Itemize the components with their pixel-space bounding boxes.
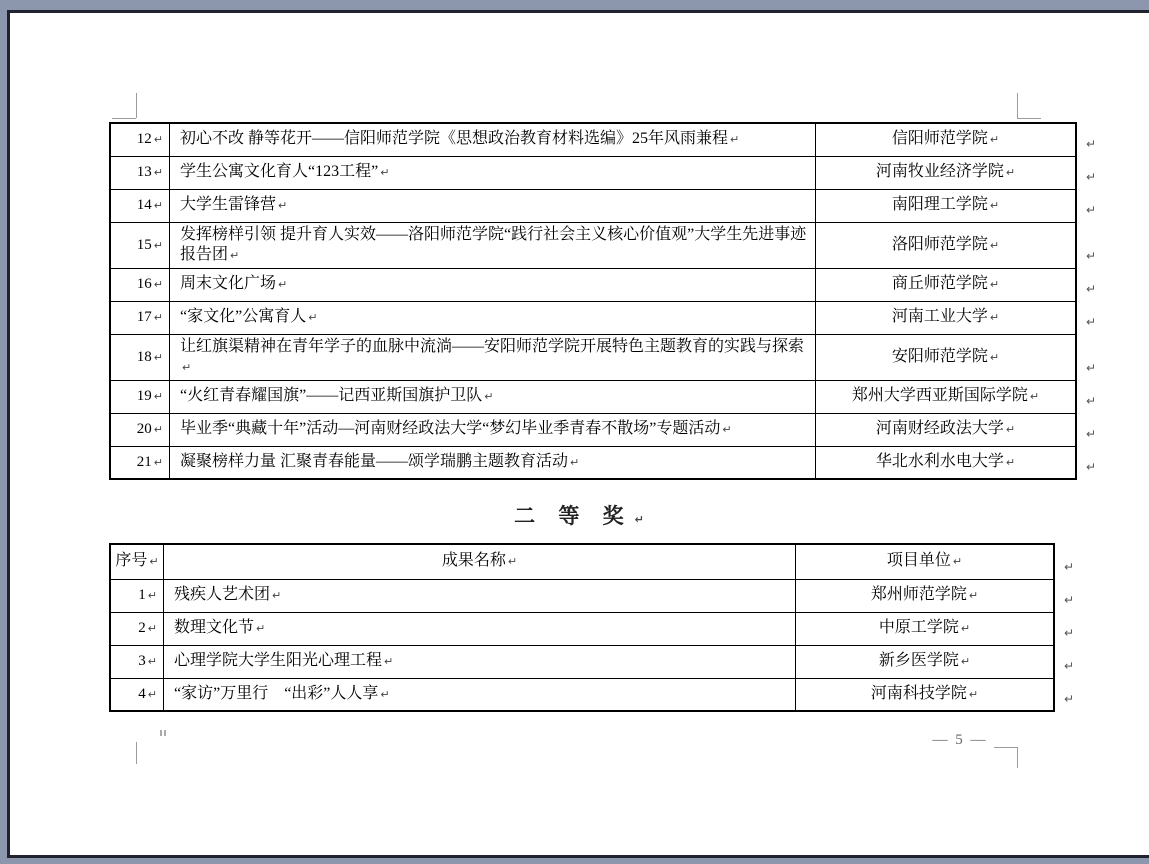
- row-end-paragraph-mark: ↵: [1064, 560, 1074, 574]
- row-number-cell-text: 1: [138, 587, 146, 603]
- paragraph-mark: ↵: [154, 351, 163, 364]
- row-number-cell: 1↵: [110, 579, 164, 612]
- paragraph-mark: ↵: [154, 278, 163, 291]
- row-number-cell: 20↵: [110, 413, 170, 446]
- row-number-cell: 16↵: [110, 268, 170, 301]
- paragraph-mark: ↵: [272, 589, 281, 602]
- award-table-second-prize: 序号↵ 成果名称↵ 项目单位↵ 1↵残疾人艺术团↵郑州师范学院↵2↵数理文化节↵…: [109, 543, 1055, 712]
- paragraph-mark: ↵: [969, 589, 978, 602]
- document-page[interactable]: 12↵初心不改 静等花开——信阳师范学院《思想政治教育材料选编》25年风雨兼程↵…: [7, 10, 1149, 858]
- row-number-cell-text: 16: [137, 276, 152, 292]
- achievement-name-cell-text: “家访”万里行 “出彩”人人享: [174, 685, 378, 702]
- paragraph-mark: ↵: [635, 513, 644, 526]
- achievement-name-cell-text: 心理学院大学生阳光心理工程: [174, 652, 382, 669]
- row-number-cell-text: 20: [137, 421, 152, 437]
- project-unit-cell: 河南财经政法大学↵: [816, 413, 1077, 446]
- achievement-name-cell-text: 毕业季“典藏十年”活动—河南财经政法大学“梦幻毕业季青春不散场”专题活动: [180, 420, 720, 437]
- paragraph-mark: ↵: [149, 555, 158, 568]
- paragraph-mark: ↵: [961, 622, 970, 635]
- row-end-paragraph-mark: ↵: [1086, 427, 1096, 441]
- paragraph-mark: ↵: [990, 278, 999, 291]
- header-unit-cell: 项目单位↵: [796, 544, 1055, 579]
- achievement-name-cell: 大学生雷锋营↵: [170, 189, 816, 222]
- project-unit-cell-text: 南阳理工学院: [892, 196, 988, 213]
- project-unit-cell: 郑州大学西亚斯国际学院↵: [816, 380, 1077, 413]
- paragraph-mark: ↵: [148, 589, 157, 602]
- row-number-cell-text: 2: [138, 620, 146, 636]
- row-number-cell: 3↵: [110, 645, 164, 678]
- achievement-name-cell: 让红旗渠精神在青年学子的血脉中流淌——安阳师范学院开展特色主题教育的实践与探索↵: [170, 334, 816, 380]
- achievement-name-cell: “家文化”公寓育人↵: [170, 301, 816, 334]
- row-end-paragraph-mark: ↵: [1086, 282, 1096, 296]
- paragraph-mark: ↵: [154, 311, 163, 324]
- paragraph-mark: ↵: [990, 133, 999, 146]
- row-number-cell-text: 3: [138, 653, 146, 669]
- row-end-paragraph-mark: ↵: [1086, 137, 1096, 151]
- paragraph-mark: ↵: [154, 133, 163, 146]
- row-number-cell: 19↵: [110, 380, 170, 413]
- paragraph-mark: ↵: [384, 655, 393, 668]
- table-row: 20↵毕业季“典藏十年”活动—河南财经政法大学“梦幻毕业季青春不散场”专题活动↵…: [110, 413, 1076, 446]
- project-unit-cell-text: 安阳师范学院: [892, 348, 988, 365]
- paragraph-mark: ↵: [1006, 423, 1015, 436]
- achievement-name-cell: 周末文化广场↵: [170, 268, 816, 301]
- paragraph-mark: ↵: [961, 655, 970, 668]
- project-unit-cell-text: 郑州大学西亚斯国际学院: [852, 387, 1028, 404]
- row-number-cell-text: 12: [137, 131, 152, 147]
- text-boundary-mark-top-right-horizontal: [1017, 118, 1041, 119]
- row-number-cell-text: 21: [137, 454, 152, 470]
- achievement-name-cell-text: 凝聚榜样力量 汇聚青春能量——颂学瑞鹏主题教育活动: [180, 453, 568, 470]
- paragraph-mark: ↵: [154, 456, 163, 469]
- paragraph-mark: ↵: [990, 239, 999, 252]
- achievement-name-cell-text: 大学生雷锋营: [180, 196, 276, 213]
- project-unit-cell-text: 河南财经政法大学: [876, 420, 1004, 437]
- achievement-name-cell-text: 发挥榜样引领 提升育人实效——洛阳师范学院“践行社会主义核心价值观”大学生先进事…: [180, 226, 806, 263]
- project-unit-cell: 华北水利水电大学↵: [816, 446, 1077, 479]
- project-unit-cell-text: 华北水利水电大学: [876, 453, 1004, 470]
- achievement-name-cell: 凝聚榜样力量 汇聚青春能量——颂学瑞鹏主题教育活动↵: [170, 446, 816, 479]
- header-number-label: 序号: [115, 552, 147, 569]
- paragraph-mark: ↵: [508, 555, 517, 568]
- table-row: 21↵凝聚榜样力量 汇聚青春能量——颂学瑞鹏主题教育活动↵华北水利水电大学↵: [110, 446, 1076, 479]
- header-number-cell: 序号↵: [110, 544, 164, 579]
- row-number-cell-text: 19: [137, 388, 152, 404]
- row-number-cell: 4↵: [110, 678, 164, 711]
- stray-formatting-mark: [160, 730, 167, 736]
- table-header-row: 序号↵ 成果名称↵ 项目单位↵: [110, 544, 1054, 579]
- project-unit-cell: 信阳师范学院↵: [816, 123, 1077, 156]
- header-unit-label: 项目单位: [887, 552, 951, 569]
- row-end-paragraph-mark: ↵: [1064, 593, 1074, 607]
- row-end-paragraph-mark: ↵: [1086, 361, 1096, 375]
- paragraph-mark: ↵: [278, 278, 287, 291]
- project-unit-cell: 河南工业大学↵: [816, 301, 1077, 334]
- table-row: 3↵心理学院大学生阳光心理工程↵新乡医学院↵: [110, 645, 1054, 678]
- project-unit-cell: 安阳师范学院↵: [816, 334, 1077, 380]
- paragraph-mark: ↵: [148, 688, 157, 701]
- paragraph-mark: ↵: [230, 249, 239, 262]
- project-unit-cell: 河南科技学院↵: [796, 678, 1055, 711]
- header-achievement-label: 成果名称: [442, 552, 506, 569]
- achievement-name-cell: “家访”万里行 “出彩”人人享↵: [164, 678, 796, 711]
- paragraph-mark: ↵: [953, 555, 962, 568]
- table-row: 19↵“火红青春耀国旗”——记西亚斯国旗护卫队↵郑州大学西亚斯国际学院↵: [110, 380, 1076, 413]
- second-prize-heading-text: 二 等 奖: [514, 504, 633, 528]
- paragraph-mark: ↵: [154, 166, 163, 179]
- row-end-paragraph-mark: ↵: [1086, 315, 1096, 329]
- project-unit-cell-text: 河南科技学院: [871, 685, 967, 702]
- achievement-name-cell-text: 残疾人艺术团: [174, 586, 270, 603]
- achievement-name-cell: 残疾人艺术团↵: [164, 579, 796, 612]
- project-unit-cell-text: 中原工学院: [879, 619, 959, 636]
- project-unit-cell: 郑州师范学院↵: [796, 579, 1055, 612]
- row-end-paragraph-mark: ↵: [1086, 170, 1096, 184]
- paragraph-mark: ↵: [154, 423, 163, 436]
- project-unit-cell: 河南牧业经济学院↵: [816, 156, 1077, 189]
- row-number-cell-text: 18: [137, 349, 152, 365]
- project-unit-cell-text: 商丘师范学院: [892, 275, 988, 292]
- achievement-name-cell: 数理文化节↵: [164, 612, 796, 645]
- paragraph-mark: ↵: [308, 311, 317, 324]
- paragraph-mark: ↵: [1006, 456, 1015, 469]
- row-number-cell: 17↵: [110, 301, 170, 334]
- table-row: 16↵周末文化广场↵商丘师范学院↵: [110, 268, 1076, 301]
- achievement-name-cell-text: “家文化”公寓育人: [180, 308, 306, 325]
- table-row: 4↵“家访”万里行 “出彩”人人享↵河南科技学院↵: [110, 678, 1054, 711]
- achievement-name-cell: 发挥榜样引领 提升育人实效——洛阳师范学院“践行社会主义核心价值观”大学生先进事…: [170, 222, 816, 268]
- header-achievement-cell: 成果名称↵: [164, 544, 796, 579]
- achievement-name-cell: 毕业季“典藏十年”活动—河南财经政法大学“梦幻毕业季青春不散场”专题活动↵: [170, 413, 816, 446]
- project-unit-cell-text: 郑州师范学院: [871, 586, 967, 603]
- paragraph-mark: ↵: [154, 239, 163, 252]
- paragraph-mark: ↵: [1006, 166, 1015, 179]
- achievement-name-cell-text: 初心不改 静等花开——信阳师范学院《思想政治教育材料选编》25年风雨兼程: [180, 130, 728, 147]
- table-row: 12↵初心不改 静等花开——信阳师范学院《思想政治教育材料选编》25年风雨兼程↵…: [110, 123, 1076, 156]
- paragraph-mark: ↵: [148, 622, 157, 635]
- row-number-cell-text: 14: [137, 197, 152, 213]
- achievement-name-cell: 初心不改 静等花开——信阳师范学院《思想政治教育材料选编》25年风雨兼程↵: [170, 123, 816, 156]
- project-unit-cell: 洛阳师范学院↵: [816, 222, 1077, 268]
- row-end-paragraph-mark: ↵: [1064, 659, 1074, 673]
- project-unit-cell: 中原工学院↵: [796, 612, 1055, 645]
- paragraph-mark: ↵: [380, 688, 389, 701]
- page-number: — 5 —: [900, 732, 1020, 749]
- achievement-name-cell: 学生公寓文化育人“123工程”↵: [170, 156, 816, 189]
- text-boundary-mark-top-left-vertical: [136, 93, 137, 118]
- paragraph-mark: ↵: [990, 311, 999, 324]
- paragraph-mark: ↵: [154, 199, 163, 212]
- row-number-cell-text: 4: [138, 686, 146, 702]
- achievement-name-cell-text: 让红旗渠精神在青年学子的血脉中流淌——安阳师范学院开展特色主题教育的实践与探索: [180, 338, 804, 355]
- table-row: 14↵大学生雷锋营↵南阳理工学院↵: [110, 189, 1076, 222]
- paragraph-mark: ↵: [278, 199, 287, 212]
- table-row: 18↵让红旗渠精神在青年学子的血脉中流淌——安阳师范学院开展特色主题教育的实践与…: [110, 334, 1076, 380]
- paragraph-mark: ↵: [148, 655, 157, 668]
- project-unit-cell-text: 河南牧业经济学院: [876, 163, 1004, 180]
- achievement-name-cell: 心理学院大学生阳光心理工程↵: [164, 645, 796, 678]
- paragraph-mark: ↵: [1030, 390, 1039, 403]
- row-end-paragraph-mark: ↵: [1086, 460, 1096, 474]
- paragraph-mark: ↵: [484, 390, 493, 403]
- row-end-paragraph-mark: ↵: [1064, 692, 1074, 706]
- second-prize-heading: 二 等 奖↵: [109, 500, 1049, 530]
- award-table-first-prize-continued: 12↵初心不改 静等花开——信阳师范学院《思想政治教育材料选编》25年风雨兼程↵…: [109, 122, 1077, 480]
- achievement-name-cell-text: “火红青春耀国旗”——记西亚斯国旗护卫队: [180, 387, 482, 404]
- row-end-paragraph-mark: ↵: [1064, 626, 1074, 640]
- project-unit-cell-text: 新乡医学院: [879, 652, 959, 669]
- project-unit-cell-text: 河南工业大学: [892, 308, 988, 325]
- row-number-cell: 18↵: [110, 334, 170, 380]
- text-boundary-mark-bottom-right-vertical: [1017, 747, 1018, 768]
- achievement-name-cell-text: 周末文化广场: [180, 275, 276, 292]
- row-number-cell: 14↵: [110, 189, 170, 222]
- table-row: 17↵“家文化”公寓育人↵河南工业大学↵: [110, 301, 1076, 334]
- paragraph-mark: ↵: [969, 688, 978, 701]
- row-number-cell-text: 13: [137, 164, 152, 180]
- row-end-paragraph-mark: ↵: [1086, 249, 1096, 263]
- project-unit-cell: 商丘师范学院↵: [816, 268, 1077, 301]
- row-number-cell-text: 15: [137, 237, 152, 253]
- project-unit-cell-text: 信阳师范学院: [892, 130, 988, 147]
- project-unit-cell: 新乡医学院↵: [796, 645, 1055, 678]
- table-row: 2↵数理文化节↵中原工学院↵: [110, 612, 1054, 645]
- paragraph-mark: ↵: [730, 133, 739, 146]
- row-end-paragraph-mark: ↵: [1086, 203, 1096, 217]
- text-boundary-mark-bottom-left-vertical: [136, 742, 137, 764]
- text-boundary-mark-top-right-vertical: [1017, 93, 1018, 118]
- paragraph-mark: ↵: [990, 351, 999, 364]
- paragraph-mark: ↵: [380, 166, 389, 179]
- achievement-name-cell: “火红青春耀国旗”——记西亚斯国旗护卫队↵: [170, 380, 816, 413]
- table-row: 15↵发挥榜样引领 提升育人实效——洛阳师范学院“践行社会主义核心价值观”大学生…: [110, 222, 1076, 268]
- paragraph-mark: ↵: [722, 423, 731, 436]
- row-number-cell-text: 17: [137, 309, 152, 325]
- row-end-paragraph-mark: ↵: [1086, 394, 1096, 408]
- project-unit-cell-text: 洛阳师范学院: [892, 236, 988, 253]
- row-number-cell: 2↵: [110, 612, 164, 645]
- achievement-name-cell-text: 数理文化节: [174, 619, 254, 636]
- paragraph-mark: ↵: [990, 199, 999, 212]
- paragraph-mark: ↵: [570, 456, 579, 469]
- table-row: 13↵学生公寓文化育人“123工程”↵河南牧业经济学院↵: [110, 156, 1076, 189]
- row-number-cell: 21↵: [110, 446, 170, 479]
- table-row: 1↵残疾人艺术团↵郑州师范学院↵: [110, 579, 1054, 612]
- row-number-cell: 13↵: [110, 156, 170, 189]
- text-boundary-mark-top-left-horizontal: [112, 118, 136, 119]
- paragraph-mark: ↵: [182, 361, 191, 374]
- paragraph-mark: ↵: [256, 622, 265, 635]
- achievement-name-cell-text: 学生公寓文化育人“123工程”: [180, 163, 378, 180]
- row-number-cell: 12↵: [110, 123, 170, 156]
- project-unit-cell: 南阳理工学院↵: [816, 189, 1077, 222]
- row-number-cell: 15↵: [110, 222, 170, 268]
- paragraph-mark: ↵: [154, 390, 163, 403]
